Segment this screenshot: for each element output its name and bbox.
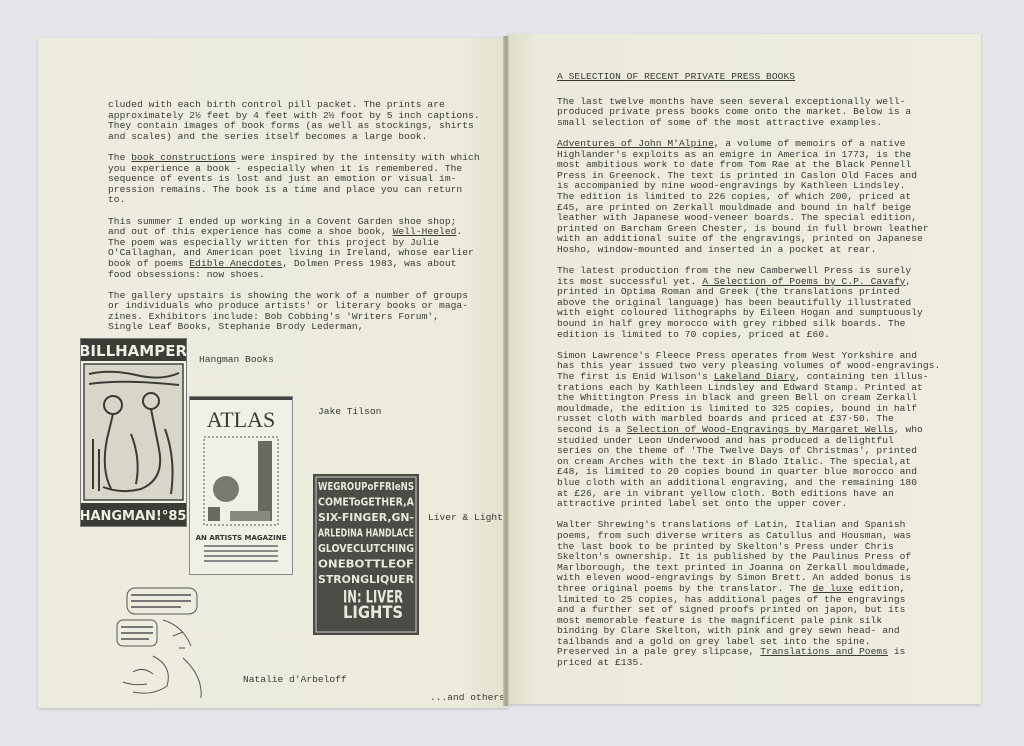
left-paragraph: The gallery upstairs is showing the work… [108, 291, 528, 333]
left-paragraph: cluded with each birth control pill pack… [108, 100, 528, 142]
underlined-title: Translations and Poems [760, 646, 888, 657]
caption-natalie-darbeloff: Natalie d'Arbeloff [243, 674, 347, 685]
svg-text:ATLAS: ATLAS [207, 407, 275, 432]
underlined-title: Adventures of John M'Alpine [557, 138, 714, 149]
caption-and-others: ...and others. [430, 692, 511, 703]
right-paragraph: The last twelve months have seen several… [557, 97, 987, 129]
right-paragraph: The latest production from the new Cambe… [557, 266, 987, 340]
left-page-body: cluded with each birth control pill pack… [108, 100, 528, 344]
right-paragraph: Adventures of John M'Alpine, a volume of… [557, 139, 987, 256]
left-paragraph: The book constructions were inspired by … [108, 153, 528, 206]
underlined-title: book constructions [131, 152, 236, 163]
svg-text:ARLEDINA HANDLACE: ARLEDINA HANDLACE [318, 527, 414, 540]
right-page-body: A SELECTION OF RECENT PRIVATE PRESS BOOK… [557, 72, 987, 679]
right-paragraph: Simon Lawrence's Fleece Press operates f… [557, 351, 987, 510]
liver-and-lights-illustration: WEGROUPoFFRIeNSCOMEToGETHER,ASIX-FINGER,… [313, 474, 419, 635]
underlined-title: Selection of Wood-Engravings by Margaret… [627, 424, 894, 435]
natalie-cartoon-illustration [113, 586, 223, 706]
book-spine [503, 36, 509, 706]
svg-text:HANGMAN!°85: HANGMAN!°85 [81, 509, 186, 524]
caption-liver-and-lights: Liver & Lights [428, 512, 509, 523]
svg-text:BILLHAMPER: BILLHAMPER [81, 342, 186, 360]
svg-text:WEGROUPoFFRIeNS: WEGROUPoFFRIeNS [318, 480, 414, 493]
svg-text:GLOVECLUTCHING: GLOVECLUTCHING [318, 542, 414, 555]
left-paragraph: This summer I ended up working in a Cove… [108, 217, 528, 281]
underlined-title: A Selection of Poems by C.P. Cavafy [702, 276, 905, 287]
svg-text:COMEToGETHER,A: COMEToGETHER,A [318, 496, 414, 509]
billhamper-illustration: BILLHAMPER HANGMAN!°85 [80, 338, 187, 527]
caption-jake-tilson: Jake Tilson [318, 406, 381, 417]
underlined-title: Edible Anecdotes [189, 258, 282, 269]
underlined-title: Well-Heeled [393, 226, 457, 237]
right-page: A SELECTION OF RECENT PRIVATE PRESS BOOK… [507, 34, 981, 704]
svg-text:ONEBOTTLEOF: ONEBOTTLEOF [318, 558, 414, 571]
svg-text:LIGHTS: LIGHTS [343, 603, 403, 623]
right-paragraph: Walter Shrewing's translations of Latin,… [557, 520, 987, 668]
left-page: cluded with each birth control pill pack… [38, 38, 508, 708]
underlined-title: de luxe [813, 583, 854, 594]
section-heading: A SELECTION OF RECENT PRIVATE PRESS BOOK… [557, 72, 987, 83]
underlined-title: Lakeland Diary [714, 371, 795, 382]
svg-text:AN ARTISTS MAGAZINE: AN ARTISTS MAGAZINE [196, 534, 287, 542]
atlas-magazine-cover: ATLAS AN ARTISTS MAGAZINE [189, 396, 293, 575]
svg-text:STRONGLIQUER: STRONGLIQUER [318, 573, 415, 586]
caption-hangman-books: Hangman Books [199, 354, 274, 365]
svg-text:SIX-FINGER,GN-: SIX-FINGER,GN- [318, 511, 414, 524]
